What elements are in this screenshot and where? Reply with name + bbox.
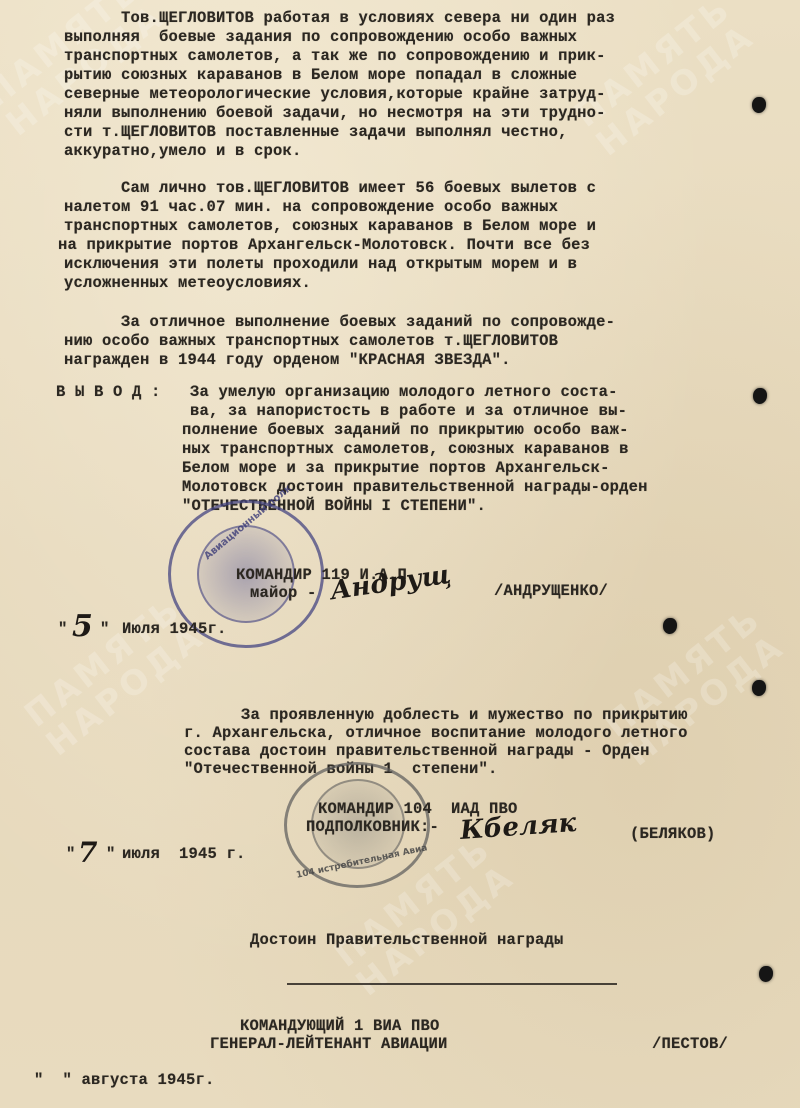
text-line: Белом море и за прикрытие портов Арханге…: [182, 460, 610, 476]
text-line: Сам лично тов.ЩЕГЛОВИТОВ имеет 56 боевых…: [64, 180, 596, 196]
text-line: Молотовск достоин правительственной нагр…: [182, 479, 648, 495]
text-line: налетом 91 час.07 мин. на сопровождение …: [64, 199, 558, 215]
text-line: рытию союзных караванов в Белом море поп…: [64, 67, 577, 83]
signatory-rank: ГЕНЕРАЛ-ЛЕЙТЕНАНТ АВИАЦИИ: [210, 1036, 448, 1052]
date-quote: ": [66, 846, 76, 862]
punch-hole: [753, 388, 767, 404]
punch-hole: [752, 680, 766, 696]
signatory-name: /ПЕСТОВ/: [652, 1036, 728, 1052]
date-quote: ": [100, 621, 110, 637]
signatory-rank: майор -: [250, 585, 317, 601]
signatory-name: (БЕЛЯКОВ): [630, 826, 716, 842]
signatory-rank: ПОДПОЛКОВНИК:-: [306, 819, 439, 835]
signature-date: июля 1945 г.: [122, 846, 246, 862]
text-line: няли выполнению боевой задачи, но несмот…: [64, 105, 606, 121]
text-line: За отличное выполнение боевых заданий по…: [64, 314, 615, 330]
text-line: награжден в 1944 году орденом "КРАСНАЯ З…: [64, 352, 511, 368]
text-line: г. Архангельска, отличное воспитание мол…: [184, 725, 688, 741]
text-line: Тов.ЩЕГЛОВИТОВ работая в условиях севера…: [64, 10, 615, 26]
text-line: нию особо важных транспортных самолетов …: [64, 333, 558, 349]
conclusion-label: В Ы В О Д :: [56, 384, 161, 400]
handwritten-date-day: 7: [78, 836, 97, 869]
signature-date: Июля 1945г.: [122, 621, 227, 637]
approval-heading: Достоин Правительственной награды: [250, 932, 564, 948]
text-line: транспортных самолетов, союзных каравано…: [64, 218, 596, 234]
text-line: на прикрытие портов Архангельск-Молотовс…: [58, 237, 590, 253]
handwritten-date-day: 5: [72, 609, 93, 644]
punch-hole: [663, 618, 677, 634]
text-line: За проявленную доблесть и мужество по пр…: [184, 707, 688, 723]
text-line: сти т.ЩЕГЛОВИТОВ поставленные задачи вып…: [64, 124, 568, 140]
text-line: выполняя боевые задания по сопровождению…: [64, 29, 577, 45]
signatory-name: /АНДРУЩЕНКО/: [494, 583, 608, 599]
text-line: ных транспортных самолетов, союзных кара…: [182, 441, 629, 457]
text-line: ва, за напористость в работе и за отличн…: [190, 403, 627, 419]
text-line: состава достоин правительственной наград…: [184, 743, 650, 759]
text-line: исключения эти полеты проходили над откр…: [64, 256, 577, 272]
text-line: северные метеорологические условия,котор…: [64, 86, 606, 102]
text-line: полнение боевых заданий по прикрытию осо…: [182, 422, 629, 438]
signature-date: " " августа 1945г.: [34, 1072, 215, 1088]
document-page: ПАМЯТЬ НАРОДА ПАМЯТЬ НАРОДА ПАМЯТЬ НАРОД…: [0, 0, 800, 1108]
text-line: усложненных метеоусловиях.: [64, 275, 311, 291]
punch-hole: [759, 966, 773, 982]
punch-hole: [752, 97, 766, 113]
text-line: аккуратно,умело и в срок.: [64, 143, 302, 159]
text-line: транспортных самолетов, а так же по сопр…: [64, 48, 606, 64]
signatory-title: КОМАНДУЮЩИЙ 1 ВИА ПВО: [240, 1018, 440, 1034]
divider-line: [287, 983, 617, 985]
text-line: За умелую организацию молодого летного с…: [190, 384, 618, 400]
date-quote: ": [106, 846, 116, 862]
date-quote: ": [58, 621, 68, 637]
